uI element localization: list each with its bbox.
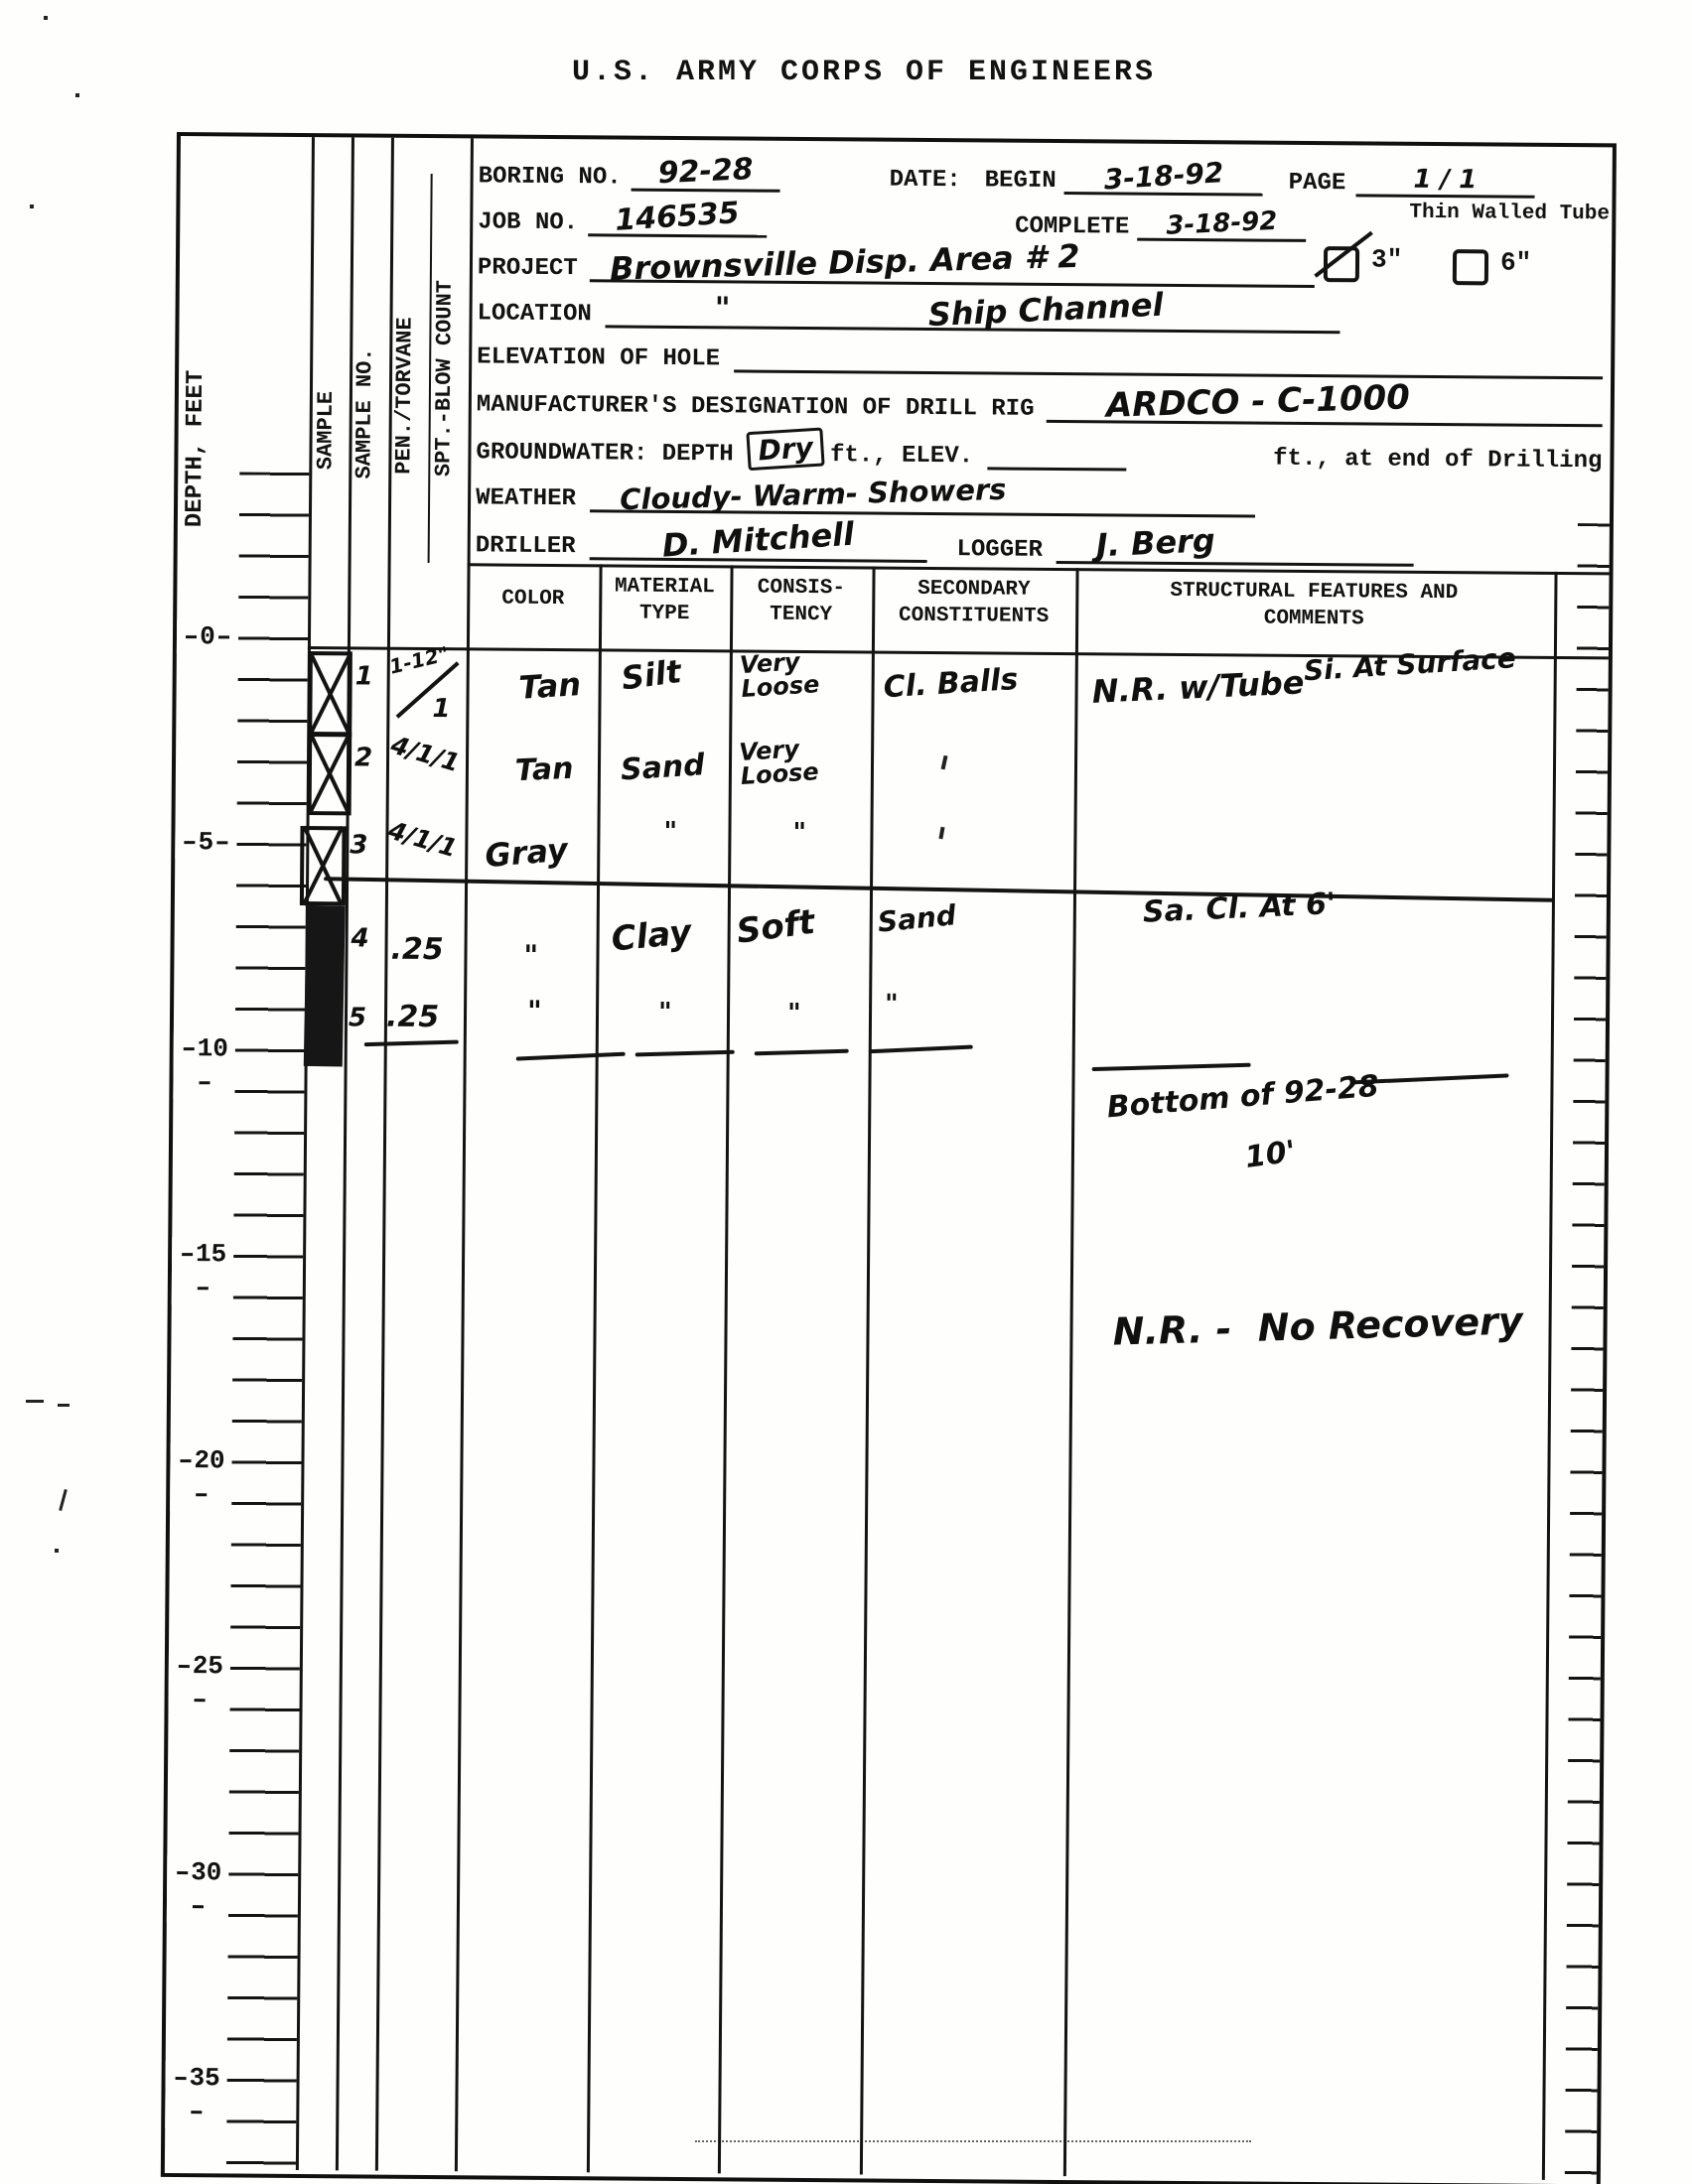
logger-label: LOGGER	[956, 536, 1043, 564]
begin-label: BEGIN	[985, 167, 1057, 195]
spt-blow-count-label: SPT.-BLOW COUNT	[431, 239, 467, 517]
consistency-cell: Very Loose	[739, 649, 815, 701]
depth-tick-0: 0	[177, 619, 238, 653]
scan-mark	[941, 755, 948, 770]
tube-6in-checkbox	[1453, 249, 1488, 285]
date-label: DATE:	[890, 167, 961, 195]
end-dash	[869, 1045, 973, 1054]
location-label: LOCATION	[477, 300, 591, 328]
scanned-boring-log-page: U.S. ARMY CORPS OF ENGINEERS 0 5 10 15 2…	[0, 0, 1692, 2184]
scan-speck	[55, 1549, 59, 1553]
depth-tick-10: 10	[173, 1031, 235, 1099]
pen-torvane-cell: 4/1/1	[387, 731, 463, 778]
secondary-constituents-column-header: SECONDARY CONSTITUENTS	[872, 576, 1075, 631]
consistency-column-header: CONSIS- TENCY	[730, 574, 872, 629]
color-ditto-mark: "	[527, 995, 542, 1027]
sample-no-cell: 4	[352, 923, 369, 953]
comments-cell: N.R. w/Tube	[1091, 663, 1305, 710]
sample-no-cell: 1	[355, 661, 373, 691]
depth-tick-30: 30	[167, 1855, 229, 1923]
logger-value: J. Berg	[1095, 521, 1216, 564]
color-cell: Gray	[484, 831, 569, 876]
depth-feet-label: DEPTH, FEET	[181, 285, 237, 613]
color-ditto-mark: "	[523, 939, 538, 972]
material-cell: Sand	[620, 748, 706, 787]
sample-no-cell: 3	[350, 830, 367, 860]
job-no-label: JOB NO.	[478, 208, 578, 236]
header-row-weather: WEATHER Cloudy- Warm- Showers	[476, 468, 1602, 520]
boring-no-label: BORING NO.	[479, 163, 622, 191]
scan-mark	[938, 827, 944, 840]
pen-torvane-cell: .25	[386, 1000, 439, 1034]
elevation-label: ELEVATION OF HOLE	[477, 343, 720, 372]
location-ditto-mark: "	[715, 291, 731, 326]
tube-3in-label: 3"	[1371, 244, 1402, 274]
job-no-value: 146535	[615, 196, 741, 238]
sample-4-5-filled-bar	[304, 905, 346, 1067]
header-row-rig: MANUFACTURER'S DESIGNATION OF DRILL RIG …	[477, 374, 1603, 427]
depth-tick-20: 20	[170, 1443, 232, 1511]
scan-mark	[58, 1404, 70, 1407]
no-recovery-note: N.R. - No Recovery	[1112, 1298, 1523, 1353]
material-cell: Silt	[619, 652, 683, 698]
ruler-divider	[1542, 572, 1558, 2180]
date-complete-value: 3-18-92	[1166, 206, 1278, 241]
comments-cell: Si. At Surface	[1303, 641, 1517, 687]
tube-6in-label: 6"	[1500, 247, 1531, 277]
color-cell: Tan	[514, 751, 574, 789]
scan-speck	[44, 16, 48, 20]
scan-speck	[30, 205, 34, 208]
bottom-depth-note: 10'	[1243, 1134, 1298, 1174]
page-value: 1 / 1	[1413, 165, 1477, 196]
consistency-cell: Soft	[734, 902, 816, 952]
ft-end-of-drilling-label: ft., at end of Drilling	[1273, 446, 1602, 476]
depth-tick-15: 15	[172, 1237, 234, 1304]
sample-3-crossed-box	[300, 826, 347, 905]
sample-1-crossed-box	[308, 651, 352, 737]
thin-walled-tube-label: Thin Walled Tube	[1409, 202, 1610, 226]
depth-tick-5: 5	[175, 825, 236, 859]
pen-torvane-cell: .25	[390, 932, 443, 967]
header-row-project: PROJECT Brownsville Disp. Area # 2	[478, 237, 1604, 290]
end-dash	[755, 1049, 849, 1056]
structural-features-column-header: STRUCTURAL FEATURES AND COMMENTS	[1155, 578, 1473, 634]
weather-label: WEATHER	[476, 484, 576, 512]
color-column-header: COLOR	[467, 585, 599, 613]
date-begin-value: 3-18-92	[1103, 156, 1224, 196]
header-row-boring: BORING NO. 92-28 DATE: BEGIN 3-18-92 PAG…	[479, 148, 1605, 199]
col-divider	[860, 567, 876, 2175]
scan-speck	[75, 93, 79, 97]
depth-ruled-strip	[226, 473, 309, 2166]
pen-fraction-bottom: 1	[432, 694, 450, 724]
header-row-groundwater: GROUNDWATER: DEPTH Dry ft., ELEV. ft., a…	[476, 422, 1602, 475]
secondary-ditto-mark: "	[885, 990, 899, 1020]
sample-2-crossed-box	[308, 732, 352, 815]
color-cell: Tan	[518, 665, 583, 707]
comments-cell: Sa. Cl. At 6'	[1142, 887, 1337, 930]
pen-torvane-label: PEN./TORVANE	[391, 279, 427, 512]
end-dash	[516, 1052, 626, 1061]
groundwater-depth-value: Dry	[747, 427, 826, 471]
boring-log-form: 0 5 10 15 20 25 30 35 DEPTH, FEET SAMPLE…	[161, 132, 1617, 2184]
depth-tick-25: 25	[168, 1649, 230, 1716]
location-value: Ship Channel	[927, 286, 1164, 335]
end-dash	[364, 1040, 459, 1047]
col-divider	[587, 564, 603, 2172]
header-row-elevation: ELEVATION OF HOLE	[477, 329, 1603, 379]
bottom-of-boring-note: Bottom of 92-28	[1105, 1069, 1379, 1126]
consistency-cell: Very Loose	[739, 737, 815, 788]
page-label: PAGE	[1289, 170, 1346, 197]
boring-no-value: 92-28	[657, 152, 754, 191]
page-title: U.S. ARMY CORPS OF ENGINEERS	[427, 56, 1301, 89]
weather-value: Cloudy- Warm- Showers	[620, 473, 1007, 517]
consistency-ditto-mark: "	[787, 999, 801, 1028]
depth-tick-35: 35	[165, 2061, 227, 2128]
groundwater-label: GROUNDWATER: DEPTH	[476, 439, 733, 468]
pen-torvane-cell: 1-12" 1	[388, 648, 467, 733]
ft-elev-label: ft., ELEV.	[830, 442, 973, 470]
sample-no-cell: 2	[354, 743, 372, 772]
project-value: Brownsville Disp. Area # 2	[609, 237, 1079, 288]
driller-label: DRILLER	[476, 532, 576, 560]
material-ditto-mark: "	[658, 998, 672, 1027]
sample-no-label: SAMPLE NO.	[352, 314, 387, 512]
stratum-change-line	[324, 877, 1555, 902]
consistency-ditto-mark: "	[792, 818, 806, 848]
drill-rig-value: ARDCO - C-1000	[1105, 377, 1410, 425]
right-ruler-ticks	[1565, 523, 1610, 2177]
sample-no-cell: 5	[349, 1003, 366, 1032]
scan-mark	[59, 1489, 68, 1511]
header-row-driller: DRILLER D. Mitchell LOGGER J. Berg	[476, 513, 1602, 568]
sample-label: SAMPLE	[313, 350, 348, 509]
col-divider	[718, 565, 734, 2173]
driller-value: D. Mitchell	[661, 515, 855, 565]
secondary-cell: Cl. Balls	[883, 662, 1020, 705]
header-row-location: LOCATION " Ship Channel	[477, 283, 1603, 336]
drill-rig-label: MANUFACTURER'S DESIGNATION OF DRILL RIG	[477, 391, 1035, 422]
secondary-cell: Sand	[876, 898, 957, 938]
material-type-column-header: MATERIAL TYPE	[599, 573, 730, 628]
end-dash	[1092, 1063, 1251, 1071]
col-divider	[1063, 568, 1079, 2176]
project-label: PROJECT	[478, 254, 578, 282]
material-ditto-mark: "	[663, 817, 677, 847]
pen-torvane-cell: 4/1/1	[385, 816, 461, 864]
scan-mark	[26, 1400, 44, 1403]
end-dash	[635, 1050, 735, 1057]
material-cell: Clay	[610, 912, 693, 960]
